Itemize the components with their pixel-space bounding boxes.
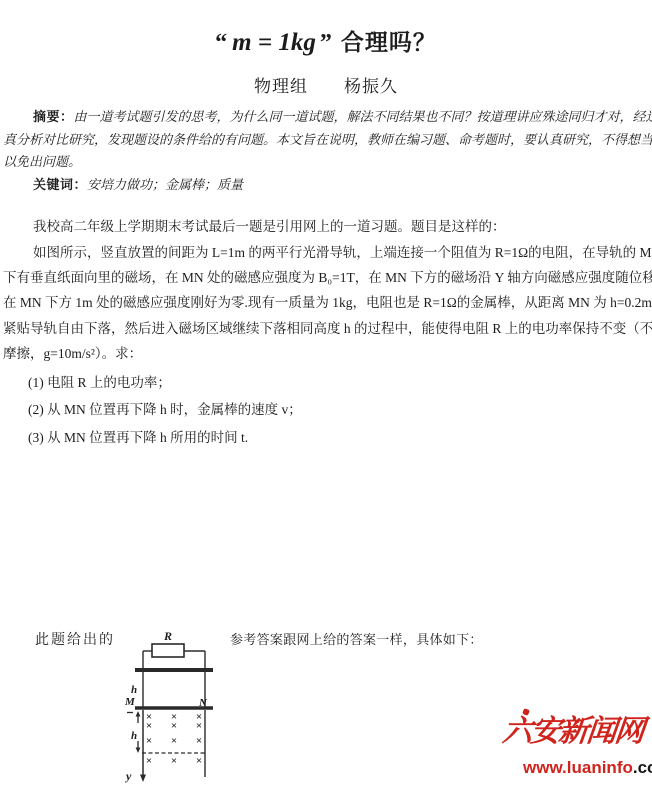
page-title: “m = 1kg”合理吗？: [0, 24, 652, 57]
keywords-label: 关键词：: [33, 177, 87, 192]
bottom-left-text: 此题给出的: [35, 629, 115, 649]
abstract-line-2: 真分析对比研究，发现题设的条件给的有问题。本文旨在说明，教师在编习题、命考题时，…: [3, 129, 649, 152]
body-paragraph-1-text: 我校高二年级上学期期末考试最后一题是引用网上的一道习题。题目是这样的：: [3, 219, 506, 234]
field-x-icon: ×: [196, 720, 202, 732]
abstract-label: 摘要：: [33, 109, 74, 124]
title-text: 合理吗？: [341, 30, 437, 55]
problem-line-5: 摩擦，g=10m/s²）。求：: [3, 341, 651, 366]
abstract-line-1: 摘要：由一道考试题引发的思考，为什么同一道试题，解法不同结果也不同？按道理讲应殊…: [3, 106, 649, 129]
title-formula: m = 1kg: [232, 29, 316, 56]
problem-line-1: 如图所示，竖直放置的间距为 L=1m 的两平行光滑导轨，上端连接一个阻值为 R=…: [3, 240, 651, 265]
problem-line-3: 在 MN 下方 1m 处的磁感应强度刚好为零.现有一质量为 1kg，电阻也是 R…: [3, 290, 651, 315]
problem-line-2: 下有垂直纸面向里的磁场，在 MN 处的磁感应强度为 B₀=1T，在 MN 下方的…: [3, 265, 651, 290]
problem-figure: R h M N h: [125, 628, 220, 790]
point-m-label: M: [125, 696, 136, 708]
field-x-icon: ×: [171, 755, 177, 767]
keywords-line: 关键词：安培力做功；金属棒；质量: [3, 174, 649, 197]
body-paragraph-1: 我校高二年级上学期期末考试最后一题是引用网上的一道习题。题目是这样的：: [3, 214, 649, 239]
abstract-line-3: 以免出问题。: [3, 151, 649, 174]
arrow-down-icon: [136, 748, 141, 754]
field-x-icon: ×: [196, 755, 202, 767]
fall-height-label: h: [131, 684, 137, 696]
document-page: “m = 1kg”合理吗？ 物理组 杨振久 摘要：由一道考试题引发的思考，为什么…: [0, 0, 652, 795]
title-close-quote: ”: [320, 30, 333, 56]
field-x-icon: ×: [171, 720, 177, 732]
resistor-box: [152, 644, 184, 657]
field-x-icon: ×: [146, 720, 152, 732]
bottom-right-text: 参考答案跟网上给的答案一样，具体如下：: [230, 629, 483, 648]
field-x-icon: ×: [146, 755, 152, 767]
question-1: (1) 电阻 R 上的电功率；: [28, 369, 628, 396]
field-x-icon: ×: [196, 735, 202, 747]
problem-line-4: 紧贴导轨自由下落，然后进入磁场区域继续下落相同高度 h 的过程中，能使得电阻 R…: [3, 316, 651, 341]
site-url-red: www.luaninfo: [523, 758, 633, 777]
question-3: (3) 从 MN 位置再下降 h 所用的时间 t.: [28, 424, 628, 451]
keywords-text: 安培力做功；金属棒；质量: [87, 177, 243, 192]
field-x-icon: ×: [146, 735, 152, 747]
abstract-block: 摘要：由一道考试题引发的思考，为什么同一道试题，解法不同结果也不同？按道理讲应殊…: [3, 106, 649, 196]
abstract-text-1: 由一道考试题引发的思考，为什么同一道试题，解法不同结果也不同？按道理讲应殊途同归…: [74, 109, 652, 124]
y-axis-label: y: [125, 769, 132, 783]
resistor-label: R: [163, 629, 172, 643]
body-paragraph-2: 如图所示，竖直放置的间距为 L=1m 的两平行光滑导轨，上端连接一个阻值为 R=…: [3, 240, 651, 366]
questions-list: (1) 电阻 R 上的电功率； (2) 从 MN 位置再下降 h 时，金属棒的速…: [28, 369, 628, 451]
question-2: (2) 从 MN 位置再下降 h 时，金属棒的速度 v；: [28, 396, 628, 423]
author-line: 物理组 杨振久: [0, 72, 652, 97]
field-depth-label: h: [131, 730, 137, 742]
site-name-logo: 六安新闻网: [501, 706, 652, 750]
site-watermark: 六安新闻网 www.luaninfo.com: [497, 698, 649, 786]
field-x-icon: ×: [171, 735, 177, 747]
site-url: www.luaninfo.com: [523, 758, 652, 778]
y-axis-arrow-icon: [140, 775, 146, 783]
circuit-diagram: R h M N h: [125, 628, 220, 790]
site-url-black: .com: [633, 758, 652, 777]
title-open-quote: “: [215, 30, 228, 56]
